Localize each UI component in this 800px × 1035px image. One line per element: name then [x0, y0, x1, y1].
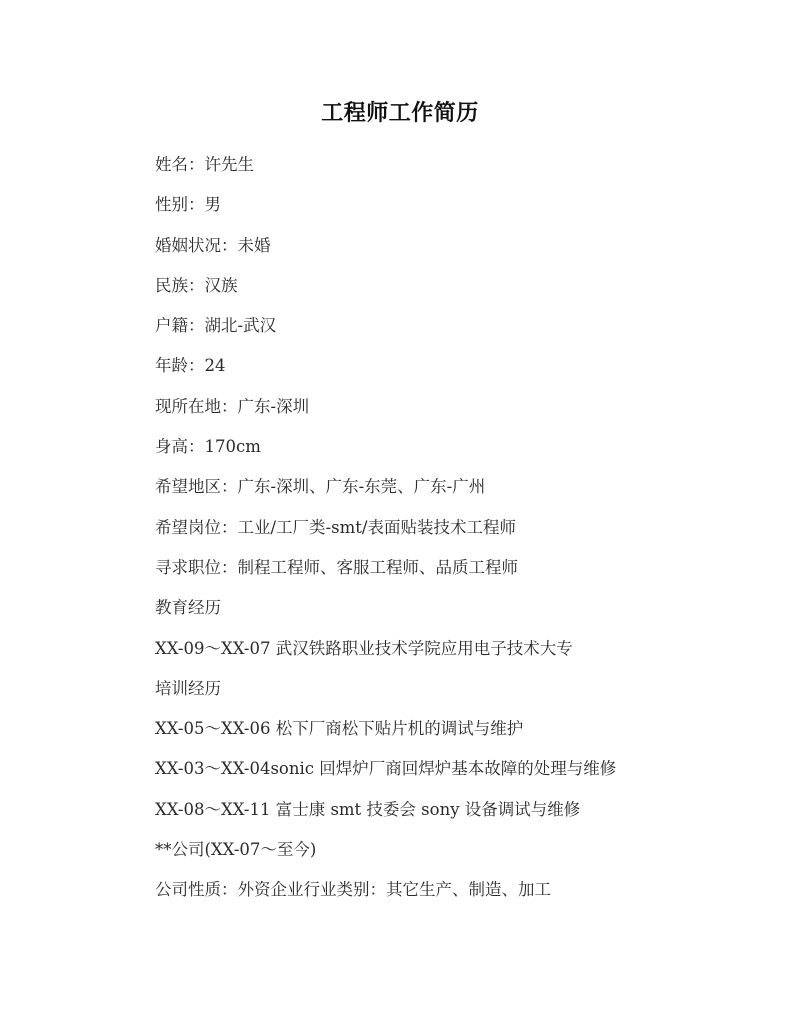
field-current-location: 现所在地：广东-深圳	[155, 394, 715, 434]
training-entry: XX-08～XX-11 富士康 smt 技委会 sony 设备调试与维修	[155, 797, 715, 837]
field-desired-position: 希望岗位：工业/工厂类-smt/表面贴装技术工程师	[155, 515, 715, 555]
education-entry: XX-09～XX-07 武汉铁路职业技术学院应用电子技术大专	[155, 636, 715, 676]
field-height: 身高：170cm	[155, 434, 715, 474]
field-marital-status: 婚姻状况：未婚	[155, 233, 715, 273]
work-company-heading: **公司(XX-07～至今)	[155, 837, 715, 877]
field-desired-region: 希望地区：广东-深圳、广东-东莞、广东-广州	[155, 474, 715, 514]
page-title: 工程师工作简历	[0, 98, 800, 130]
resume-page: 工程师工作简历 姓名：许先生 性别：男 婚姻状况：未婚 民族：汉族 户籍：湖北-…	[0, 0, 800, 1035]
field-name: 姓名：许先生	[155, 152, 715, 192]
work-company-nature: 公司性质：外资企业行业类别：其它生产、制造、加工	[155, 877, 715, 917]
field-household-registration: 户籍：湖北-武汉	[155, 313, 715, 353]
field-gender: 性别：男	[155, 192, 715, 232]
section-heading-training: 培训经历	[155, 676, 715, 716]
field-job-sought: 寻求职位：制程工程师、客服工程师、品质工程师	[155, 555, 715, 595]
field-ethnicity: 民族：汉族	[155, 273, 715, 313]
field-age: 年龄：24	[155, 353, 715, 393]
resume-body: 姓名：许先生 性别：男 婚姻状况：未婚 民族：汉族 户籍：湖北-武汉 年龄：24…	[155, 152, 715, 918]
training-entry: XX-03～XX-04sonic 回焊炉厂商回焊炉基本故障的处理与维修	[155, 756, 715, 796]
section-heading-education: 教育经历	[155, 595, 715, 635]
training-entry: XX-05～XX-06 松下厂商松下贴片机的调试与维护	[155, 716, 715, 756]
